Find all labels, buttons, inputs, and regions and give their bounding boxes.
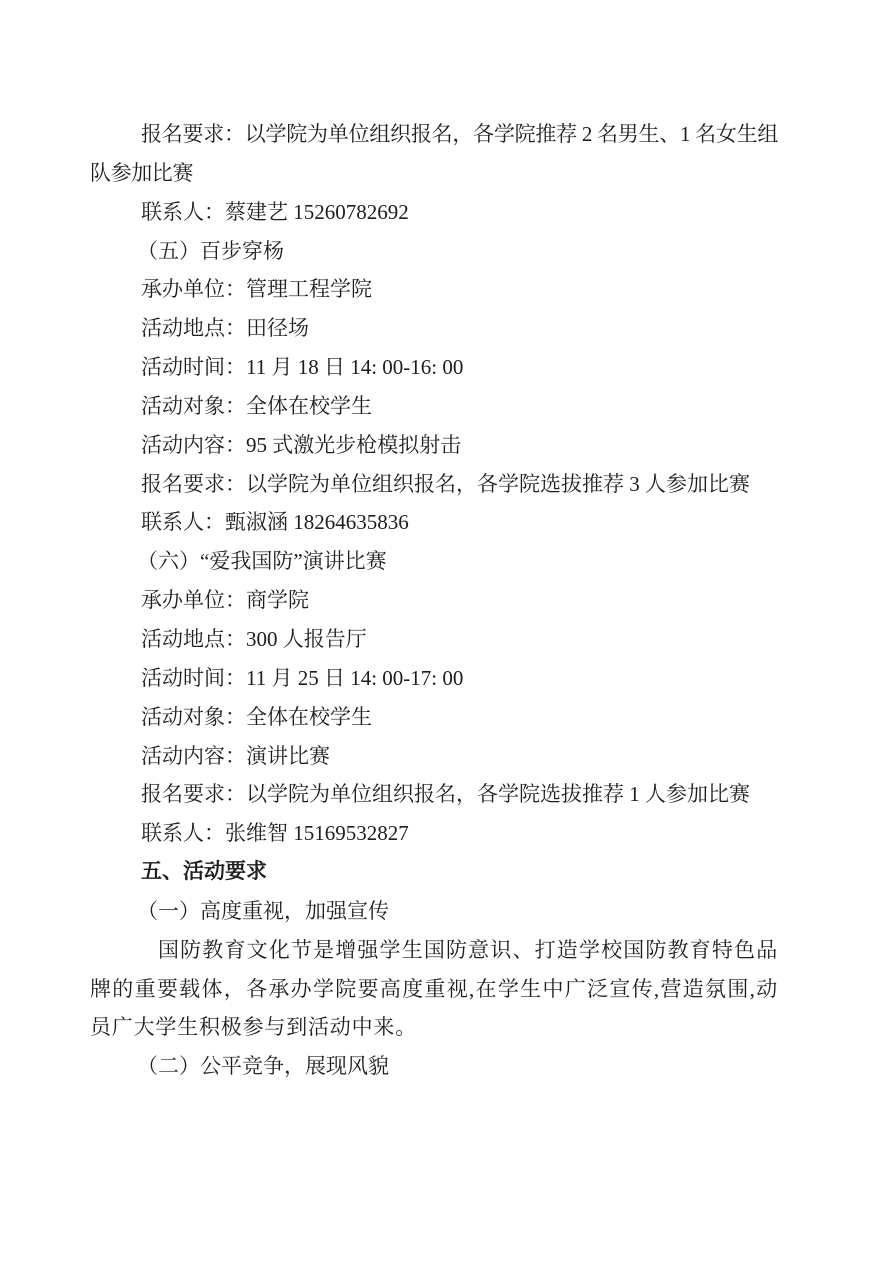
- contact-person-zhen: 联系人：甄淑涵 18264635836: [90, 503, 778, 542]
- venue-track-field: 活动地点：田径场: [90, 309, 778, 348]
- document-page: 报名要求：以学院为单位组织报名，各学院推荐 2 名男生、1 名女生组队参加比赛 …: [0, 0, 893, 1263]
- section-heading-requirements: 五、活动要求: [90, 853, 778, 892]
- contact-person-cai: 联系人：蔡建艺 15260782692: [90, 193, 778, 232]
- time-nov-25: 活动时间：11 月 25 日 14: 00-17: 00: [90, 659, 778, 698]
- document-text-block: 报名要求：以学院为单位组织报名，各学院推荐 2 名男生、1 名女生组队参加比赛 …: [90, 115, 778, 1086]
- venue-lecture-hall: 活动地点：300 人报告厅: [90, 620, 778, 659]
- audience-all-students-1: 活动对象：全体在校学生: [90, 387, 778, 426]
- sub-heading-1-publicity: （一）高度重视，加强宣传: [90, 892, 778, 931]
- time-nov-18: 活动时间：11 月 18 日 14: 00-16: 00: [90, 348, 778, 387]
- organizer-business-school: 承办单位：商学院: [90, 581, 778, 620]
- sub-heading-2-fair-competition: （二）公平竞争，展现风貌: [90, 1047, 778, 1086]
- audience-all-students-2: 活动对象：全体在校学生: [90, 698, 778, 737]
- activity-content-laser-rifle: 活动内容：95 式激光步枪模拟射击: [90, 426, 778, 465]
- organizer-management-college: 承办单位：管理工程学院: [90, 270, 778, 309]
- activity-content-speech: 活动内容：演讲比赛: [90, 737, 778, 776]
- registration-requirement-speech: 报名要求：以学院为单位组织报名，各学院选拔推荐 1 人参加比赛: [90, 775, 778, 814]
- contact-person-zhang: 联系人：张维智 15169532827: [90, 814, 778, 853]
- registration-requirement-shooting: 报名要求：以学院为单位组织报名，各学院选拔推荐 3 人参加比赛: [90, 465, 778, 504]
- registration-requirement-tug: 报名要求：以学院为单位组织报名，各学院推荐 2 名男生、1 名女生组队参加比赛: [90, 115, 778, 193]
- body-paragraph-importance: 国防教育文化节是增强学生国防意识、打造学校国防教育特色品牌的重要载体，各承办学院…: [90, 931, 778, 1048]
- event-title-5-archery: （五）百步穿杨: [90, 232, 778, 271]
- event-title-6-speech-contest: （六）“爱我国防”演讲比赛: [90, 542, 778, 581]
